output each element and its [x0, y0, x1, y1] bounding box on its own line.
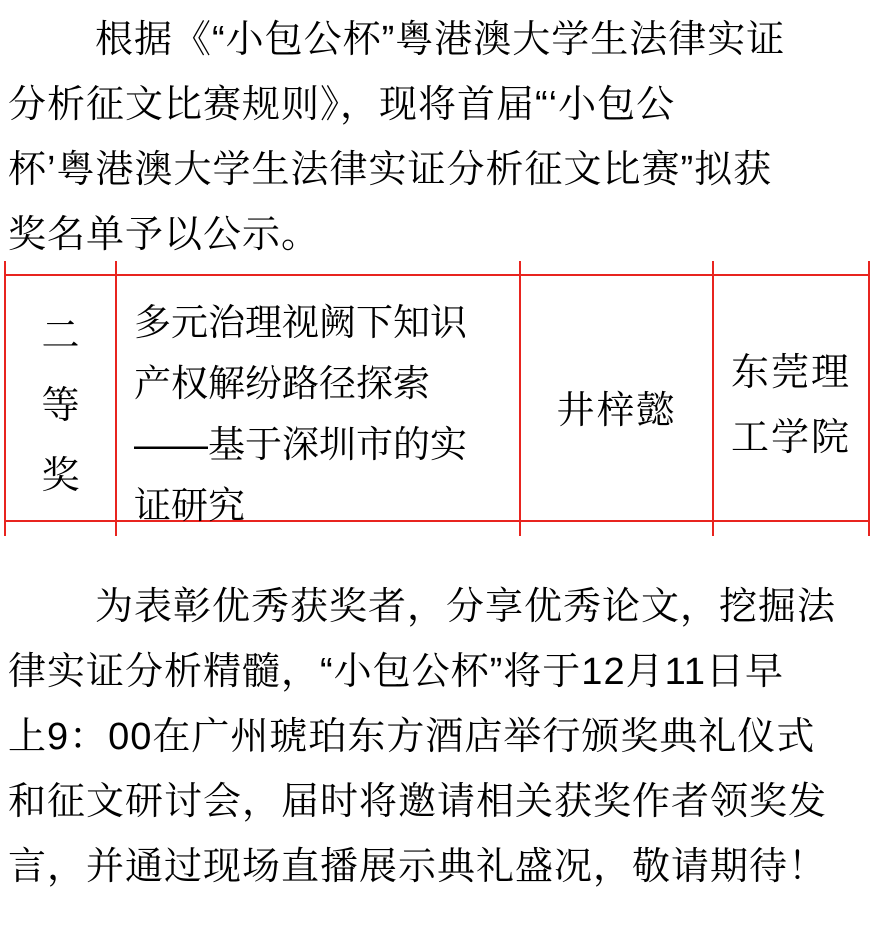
essay-title-line: 产权解纷路径探索 — [134, 353, 519, 414]
table-gridline-stub — [519, 261, 712, 274]
author-name: 井梓懿 — [556, 379, 676, 434]
author-name-cell: 井梓懿 — [519, 276, 712, 536]
award-rank-char: 等 — [41, 371, 79, 441]
table-gridline-stub — [712, 522, 870, 532]
paragraph-line: 律实证分析精髓，“小包公杯”将于12月11日早 — [8, 640, 873, 705]
award-rank-cell: 二 等 奖 — [4, 276, 115, 536]
institution-cell: 东莞理 工学院 — [712, 276, 870, 536]
award-rank-char: 二 — [41, 301, 79, 371]
paragraph-line: 分析征文比赛规则》，现将首届“‘小包公 — [8, 73, 873, 138]
table-gridline-stub — [115, 261, 519, 274]
table-cropped-row-bottom — [4, 522, 870, 532]
paragraph-line: 上9：00在广州琥珀东方酒店举行颁奖典礼仪式 — [8, 705, 873, 770]
ceremony-paragraph: 为表彰优秀获奖者，分享优秀论文，挖掘法 律实证分析精髓，“小包公杯”将于12月1… — [8, 575, 873, 900]
paragraph-line: 杯’粤港澳大学生法律实证分析征文比赛”拟获 — [8, 138, 873, 203]
paragraph-line: 和征文研讨会，届时将邀请相关获奖作者领奖发 — [8, 770, 873, 835]
table-gridline-stub — [4, 522, 115, 532]
table-gridline-stub — [519, 522, 712, 532]
essay-title-line: ——基于深圳市的实 — [134, 414, 519, 475]
document-page: 根据《“小包公杯”粤港澳大学生法律实证 分析征文比赛规则》，现将首届“‘小包公 … — [0, 0, 881, 947]
institution-line: 东莞理 — [731, 341, 851, 406]
award-table-row: 二 等 奖 多元治理视阙下知识 产权解纷路径探索 ——基于深圳市的实 证研究 井… — [4, 274, 870, 522]
institution-line: 工学院 — [731, 406, 851, 471]
paragraph-line: 言，并通过现场直播展示典礼盛况，敬请期待！ — [8, 835, 873, 900]
paragraph-line: 奖名单予以公示。 — [8, 203, 873, 268]
award-table: 二 等 奖 多元治理视阙下知识 产权解纷路径探索 ——基于深圳市的实 证研究 井… — [4, 261, 870, 532]
paragraph-line: 根据《“小包公杯”粤港澳大学生法律实证 — [8, 8, 873, 73]
paragraph-line: 为表彰优秀获奖者，分享优秀论文，挖掘法 — [8, 575, 873, 640]
table-cropped-row-top — [4, 261, 870, 274]
award-rank-char: 奖 — [41, 441, 79, 511]
essay-title-line: 多元治理视阙下知识 — [134, 292, 519, 353]
table-gridline-stub — [115, 522, 519, 532]
table-gridline-stub — [712, 261, 870, 274]
table-gridline-stub — [4, 261, 115, 274]
essay-title-cell: 多元治理视阙下知识 产权解纷路径探索 ——基于深圳市的实 证研究 — [115, 276, 519, 536]
intro-paragraph: 根据《“小包公杯”粤港澳大学生法律实证 分析征文比赛规则》，现将首届“‘小包公 … — [8, 8, 873, 268]
